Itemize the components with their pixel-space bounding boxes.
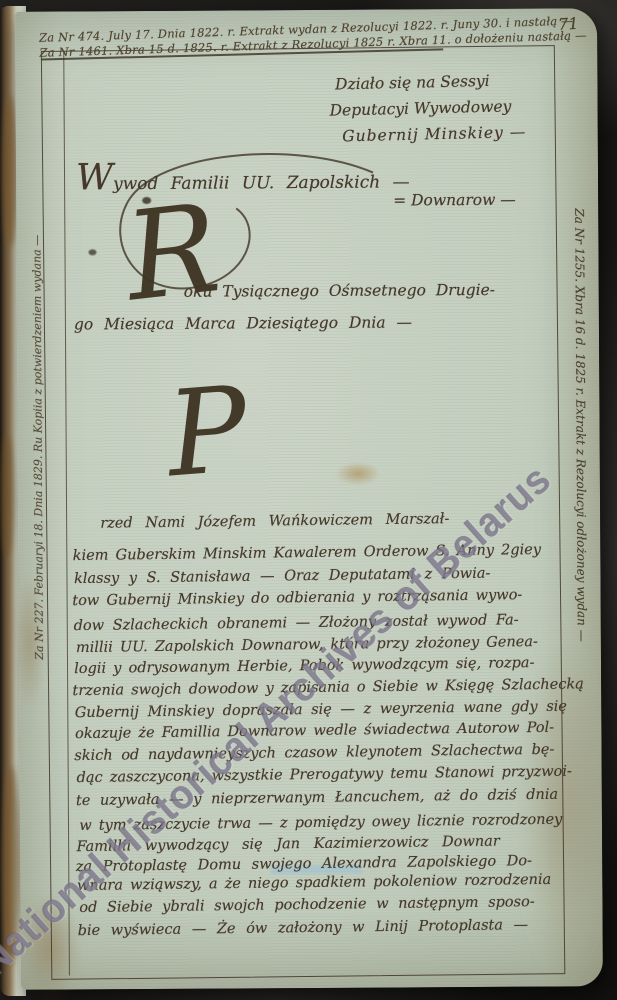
body-line: wnara wziąwszy, a że niego spadkiem poko… [77, 872, 551, 894]
body-line: tow Gubernij Minskiey do odbierania y ro… [72, 587, 522, 609]
body-line: okazuje że Famillia Downarow wedle świad… [75, 720, 554, 742]
photographed-archive-scan: 71 Za Nr 474. July 17. Dnia 1822. r. Ext… [0, 0, 617, 1000]
body-line: skich od naydawnieyszych czasow kleynote… [74, 742, 554, 764]
body-line: rzed Nami Józefem Wańkowiczem Marszał- [100, 511, 449, 532]
calligraphic-flourish [68, 147, 399, 339]
body-line: dąc zaszczycona, wszystkie Prerogatywy t… [77, 764, 572, 786]
body-line: od Siebie ybrali swojch pochodzenie w na… [79, 894, 535, 916]
body-line: dow Szlacheckich obranemi — Złożony zost… [74, 612, 519, 634]
body-line: bie wyświeca — Że ów założony w Linij Pr… [78, 917, 529, 939]
binding-stain [0, 436, 14, 556]
